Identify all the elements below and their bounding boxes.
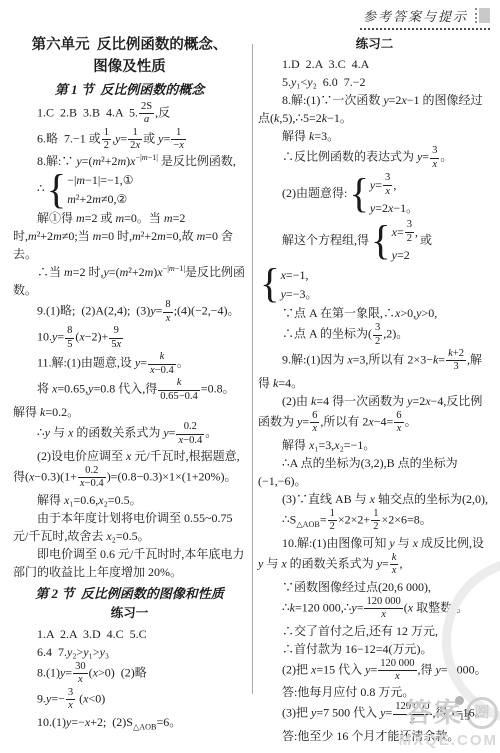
fraction: 2Sa bbox=[139, 101, 154, 127]
text-line: ∴y 与 x 的函数关系式为 y=0.2x−0.4。 bbox=[13, 421, 246, 447]
text-line: 解得 x₁=3,x₂=−1。 bbox=[258, 436, 491, 454]
fraction: k0.65−0.4 bbox=[158, 377, 200, 403]
header-line: 参考答案与提示 bbox=[330, 6, 490, 25]
denominator: 2 bbox=[102, 140, 111, 152]
numerator: 6 bbox=[310, 410, 319, 423]
fraction: kx−0.4 bbox=[148, 351, 176, 377]
text-line: 11.解:(1)由题意,设 y=kx−0.4。 bbox=[13, 351, 246, 377]
fraction: 32 bbox=[405, 219, 414, 245]
denominator: x bbox=[163, 313, 172, 325]
numerator: 3 bbox=[373, 322, 382, 335]
denominator: x−0.4 bbox=[78, 478, 106, 490]
left-column: 第六单元 反比例函数的概念、图像及性质第 1 节 反比例函数的概念1.C 2.B… bbox=[13, 34, 246, 745]
text-line: 10.(1)y=−x+2; (2)S△AOB=6。 bbox=[13, 713, 246, 734]
text-line: 6.4 7.y₂>y₁>y₃ bbox=[13, 643, 246, 661]
watermark: 答案 圈 MXQE.COM bbox=[399, 697, 498, 749]
equation-system: {−|m−1|=−1,①m²+2m≠0,② bbox=[47, 171, 134, 208]
system-row: x=−1, bbox=[281, 266, 309, 284]
equation-system: {x=32,y=2 bbox=[371, 219, 418, 264]
text-line: 即电价调至 0.6 元/千瓦时时,本年底电力部门的收益比上年度增加 20%。 bbox=[13, 545, 246, 581]
denominator: x bbox=[378, 671, 416, 683]
denominator: x bbox=[383, 186, 392, 198]
denominator: 3 bbox=[446, 361, 466, 373]
fraction: 3x bbox=[66, 687, 75, 713]
fraction: 12 bbox=[328, 508, 337, 534]
text-line: 1.A 2.A 3.D 4.C 5.C bbox=[13, 625, 246, 643]
watermark-site: MXQE.COM bbox=[399, 732, 498, 749]
denominator: x bbox=[390, 565, 399, 577]
watermark-logo-text: 答案 bbox=[405, 700, 463, 727]
header-title: 参考答案与提示 bbox=[363, 6, 468, 25]
fraction: 0.2x−0.4 bbox=[78, 465, 106, 491]
fraction: 0.2x−0.4 bbox=[176, 421, 204, 447]
system-row: y=−3。 bbox=[281, 285, 318, 303]
subscript: △AOB bbox=[296, 520, 320, 529]
text-line: 8.解:(1)∵一次函数 y=2x−1 的图像经过点(k,5),∴5=2k−1。 bbox=[258, 91, 491, 127]
denominator: 2 bbox=[328, 521, 337, 533]
watermark-logo: 答案 圈 bbox=[399, 697, 498, 729]
system-row: x=32, bbox=[392, 219, 418, 245]
column-divider bbox=[252, 44, 253, 694]
denominator: 2 bbox=[405, 233, 414, 245]
text-line: 解得 x₁=0.6,x₂=0.5。 bbox=[13, 491, 246, 509]
subscript: △AOB bbox=[133, 722, 157, 731]
denominator: 0.65−0.4 bbox=[158, 391, 200, 403]
text-line: (3)∵直线 AB 与 x 轴交点的坐标为(2,0), bbox=[258, 490, 491, 508]
bookmark-icon bbox=[475, 8, 490, 23]
text-line: 解这个方程组,得{x=32,y=2或{x=−1,y=−3。 bbox=[258, 218, 491, 304]
text-line: 由于本年度计划将电价调至 0.55~0.75 元/千瓦时,故舍去 x₂=0.5。 bbox=[13, 509, 246, 545]
numerator: 120 000 bbox=[364, 596, 402, 609]
text-line: 5.y₁<y₂ 6.0 7.−2 bbox=[258, 73, 491, 91]
fraction: 6x bbox=[310, 410, 319, 436]
numerator: 3 bbox=[430, 145, 439, 158]
text-line: 9.解:(1)因为 x=3,所以有 2×3−k=k+23,解得 k=4。 bbox=[258, 348, 491, 392]
section-heading: 第 2 节 反比例函数的图像和性质 bbox=[13, 584, 246, 604]
numerator: 30 bbox=[73, 661, 88, 674]
numerator: k+2 bbox=[446, 348, 466, 361]
system-row: y=2x−1。 bbox=[370, 199, 418, 217]
fraction: 120 000x bbox=[364, 596, 402, 622]
numerator: 0.2 bbox=[176, 421, 204, 434]
brace-icon: { bbox=[47, 172, 67, 209]
denominator: −x bbox=[171, 140, 186, 152]
equation-system: {x=−1,y=−3。 bbox=[260, 266, 317, 303]
system-row: y=2 bbox=[392, 246, 410, 264]
two-column-layout: 第六单元 反比例函数的概念、图像及性质第 1 节 反比例函数的概念1.C 2.B… bbox=[13, 34, 491, 745]
text-line: ∴S△AOB=12×2×2+12×2×6=8。 bbox=[258, 508, 491, 534]
watermark-dot-icon bbox=[455, 696, 464, 705]
text-line: ∴点 A 的坐标为(32,2)。 bbox=[258, 322, 491, 348]
denominator: x bbox=[73, 674, 88, 686]
numerator: 3 bbox=[405, 219, 414, 232]
text-line: 6.略 7.−1 或12,y=12x或 y=1−x bbox=[13, 127, 246, 153]
system-rows: y=3x,y=2x−1。 bbox=[370, 172, 418, 217]
numerator: 8 bbox=[65, 325, 74, 338]
ex-heading: 练习一 bbox=[13, 604, 246, 623]
text-line: ∴当 m=2 时,y=(m²+2m)x−|m−1|是反比例函数。 bbox=[13, 263, 246, 299]
system-rows: x=−1,y=−3。 bbox=[281, 266, 318, 303]
denominator: 2x bbox=[128, 140, 142, 152]
text-line: (2)设电价应调至 x 元/千瓦时,根据题意,得(x−0.3)(1+0.2x−0… bbox=[13, 447, 246, 491]
system-row: m²+2m≠0,② bbox=[67, 190, 127, 208]
numerator: 6 bbox=[394, 410, 403, 423]
text-line: ∴{−|m−1|=−1,①m²+2m≠0,② bbox=[13, 170, 246, 209]
brace-icon: { bbox=[260, 266, 280, 303]
fraction: 8x bbox=[163, 299, 172, 325]
equation-system: {y=3x,y=2x−1。 bbox=[349, 172, 418, 217]
denominator: x bbox=[430, 159, 439, 171]
text-line: 解得 k=3。 bbox=[258, 127, 491, 145]
numerator: 1 bbox=[371, 508, 380, 521]
brace-icon: { bbox=[349, 176, 369, 213]
numerator: 3 bbox=[383, 172, 392, 185]
numerator: 3 bbox=[66, 687, 75, 700]
denominator: x bbox=[66, 700, 75, 712]
numerator: k bbox=[148, 351, 176, 364]
system-row: y=3x, bbox=[370, 172, 396, 198]
numerator: 9 bbox=[109, 325, 123, 338]
fraction: 12 bbox=[102, 127, 111, 153]
brace-icon: { bbox=[371, 223, 391, 260]
denominator: 2 bbox=[371, 521, 380, 533]
numerator: 1 bbox=[171, 127, 186, 140]
text-line: 将 x=0.65,y=0.8 代入,得k0.65−0.4=0.8。解得 k=0.… bbox=[13, 377, 246, 421]
text-line: (2)由 k=4 得一次函数为 y=2x−4,反比例函数为 y=6x,所以有 2… bbox=[258, 392, 491, 436]
fraction: 85 bbox=[65, 325, 74, 351]
numerator: 2S bbox=[139, 101, 154, 114]
watermark-badge-icon: 圈 bbox=[466, 697, 498, 729]
fraction: kx bbox=[390, 552, 399, 578]
title-heading: 图像及性质 bbox=[13, 58, 246, 78]
system-rows: −|m−1|=−1,①m²+2m≠0,② bbox=[67, 171, 133, 208]
page-number: 13 bbox=[459, 711, 470, 723]
denominator: x−0.4 bbox=[148, 365, 176, 377]
text-line: 8.(1)y=30x(x>0) (2)略 bbox=[13, 661, 246, 687]
ex-heading: 练习二 bbox=[258, 35, 491, 54]
superscript: −|m−1| bbox=[135, 153, 157, 162]
numerator: 1 bbox=[328, 508, 337, 521]
text-line: ∴A 点的坐标为(3,2),B 点的坐标为(−1,−6)。 bbox=[258, 454, 491, 490]
text-line: ∵点 A 在第一象限,∴x>0,y>0, bbox=[258, 304, 491, 322]
text-line: 9.y=−3x (x<0) bbox=[13, 687, 246, 713]
numerator: 1 bbox=[102, 127, 111, 140]
system-row: −|m−1|=−1,① bbox=[67, 171, 133, 189]
denominator: x−0.4 bbox=[176, 435, 204, 447]
section-heading: 第 1 节 反比例函数的概念 bbox=[13, 80, 246, 100]
fraction: 3x bbox=[383, 172, 392, 198]
denominator: x bbox=[310, 423, 319, 435]
page-header: 参考答案与提示 bbox=[330, 6, 490, 30]
fraction: 1−x bbox=[171, 127, 186, 153]
text-line: 1.C 2.B 3.B 4.A 5.2Sa,反 bbox=[13, 101, 246, 127]
denominator: a bbox=[139, 114, 154, 126]
text-line: 10.解:(1)由图像可知 y 与 x 成反比例,设 y 与 x 的函数关系式为… bbox=[258, 534, 491, 578]
numerator: 0.2 bbox=[78, 465, 106, 478]
title-heading: 第六单元 反比例函数的概念、 bbox=[13, 36, 246, 56]
denominator: 5 bbox=[65, 339, 74, 351]
system-rows: x=32,y=2 bbox=[392, 219, 418, 264]
numerator: 8 bbox=[163, 299, 172, 312]
text-line: 9.(1)略; (2)A(2,4); (3)y=8x;(4)(−2,−4)。 bbox=[13, 299, 246, 325]
denominator: 5x bbox=[109, 339, 123, 351]
fraction: 12x bbox=[128, 127, 142, 153]
text-line: 10.y=85(x−2)+95x bbox=[13, 325, 246, 351]
superscript: −|m−1| bbox=[163, 264, 185, 273]
numerator: k bbox=[158, 377, 200, 390]
denominator: 2 bbox=[373, 336, 382, 348]
fraction: 120 000x bbox=[378, 658, 416, 684]
text-line: ∴反比例函数的表达式为 y=3x。 bbox=[258, 145, 491, 171]
text-line: (2)由题意得:{y=3x,y=2x−1。 bbox=[258, 171, 491, 218]
denominator: x bbox=[394, 423, 403, 435]
numerator: 120 000 bbox=[378, 658, 416, 671]
text-line: 解①得 m=2 或 m=0。当 m=2 时,m²+2m≠0;当 m=0 时,m²… bbox=[13, 209, 246, 263]
fraction: 3x bbox=[430, 145, 439, 171]
dotted-rule bbox=[360, 28, 490, 30]
numerator: 1 bbox=[128, 127, 142, 140]
fraction: 32 bbox=[373, 322, 382, 348]
fraction: 95x bbox=[109, 325, 123, 351]
fraction: 6x bbox=[394, 410, 403, 436]
fraction: 12 bbox=[371, 508, 380, 534]
denominator: x bbox=[364, 609, 402, 621]
numerator: k bbox=[390, 552, 399, 565]
fraction: 30x bbox=[73, 661, 88, 687]
answer-book-page: 参考答案与提示 第六单元 反比例函数的概念、图像及性质第 1 节 反比例函数的概… bbox=[0, 0, 500, 753]
fraction: k+23 bbox=[446, 348, 466, 374]
text-line: 1.D 2.A 3.C 4.A bbox=[258, 55, 491, 73]
